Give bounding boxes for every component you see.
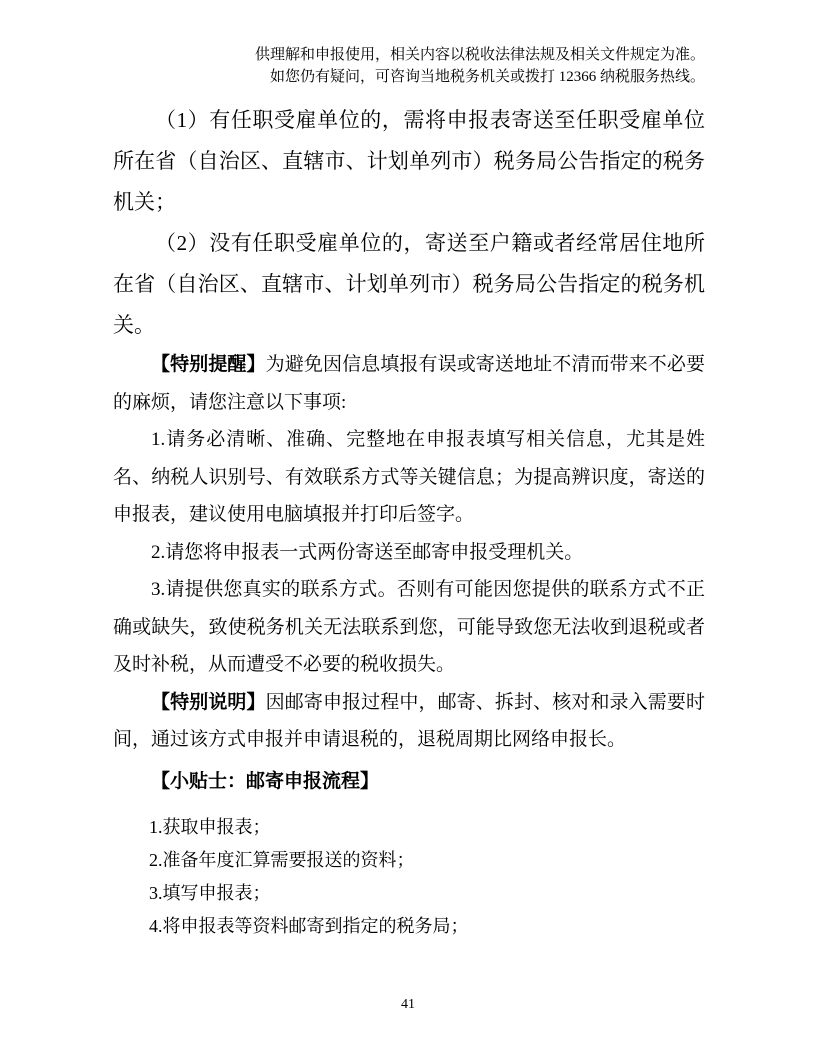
page-number: 41 [0, 996, 816, 1014]
tips-steps-list: 1.获取申报表； 2.准备年度汇算需要报送的资料； 3.填写申报表； 4.将申报… [113, 811, 705, 943]
page-header: 供理解和申报使用，相关内容以税收法律法规及相关文件规定为准。 如您仍有疑问，可咨… [113, 44, 705, 88]
special-note-paragraph: 【特别说明】因邮寄申报过程中，邮寄、拆封、核对和录入需要时间，通过该方式申报并申… [113, 684, 705, 759]
tips-step-4: 4.将申报表等资料邮寄到指定的税务局； [113, 910, 705, 943]
paragraph-option-1: （1）有任职受雇单位的，需将申报表寄送至任职受雇单位所在省（自治区、直辖市、计划… [113, 100, 705, 223]
special-reminder-paragraph: 【特别提醒】为避免因信息填报有误或寄送地址不清而带来不必要的麻烦，请您注意以下事… [113, 346, 705, 421]
document-body: （1）有任职受雇单位的，需将申报表寄送至任职受雇单位所在省（自治区、直辖市、计划… [113, 100, 705, 943]
tips-title: 【小贴士：邮寄申报流程】 [113, 767, 705, 797]
special-note-label: 【特别说明】 [151, 692, 266, 713]
paragraph-option-2: （2）没有任职受雇单位的，寄送至户籍或者经常居住地所在省（自治区、直辖市、计划单… [113, 223, 705, 346]
special-reminder-label: 【特别提醒】 [151, 354, 266, 375]
reminder-item-1: 1.请务必清晰、准确、完整地在申报表填写相关信息，尤其是姓名、纳税人识别号、有效… [113, 421, 705, 534]
header-line-1: 供理解和申报使用，相关内容以税收法律法规及相关文件规定为准。 [113, 44, 705, 66]
tips-step-3: 3.填写申报表； [113, 877, 705, 910]
reminder-item-2: 2.请您将申报表一式两份寄送至邮寄申报受理机关。 [113, 534, 705, 572]
tips-step-1: 1.获取申报表； [113, 811, 705, 844]
reminder-item-3: 3.请提供您真实的联系方式。否则有可能因您提供的联系方式不正确或缺失，致使税务机… [113, 571, 705, 684]
tips-step-2: 2.准备年度汇算需要报送的资料； [113, 844, 705, 877]
header-line-2: 如您仍有疑问，可咨询当地税务机关或拨打 12366 纳税服务热线。 [113, 66, 705, 88]
document-page: 供理解和申报使用，相关内容以税收法律法规及相关文件规定为准。 如您仍有疑问，可咨… [0, 0, 816, 1056]
